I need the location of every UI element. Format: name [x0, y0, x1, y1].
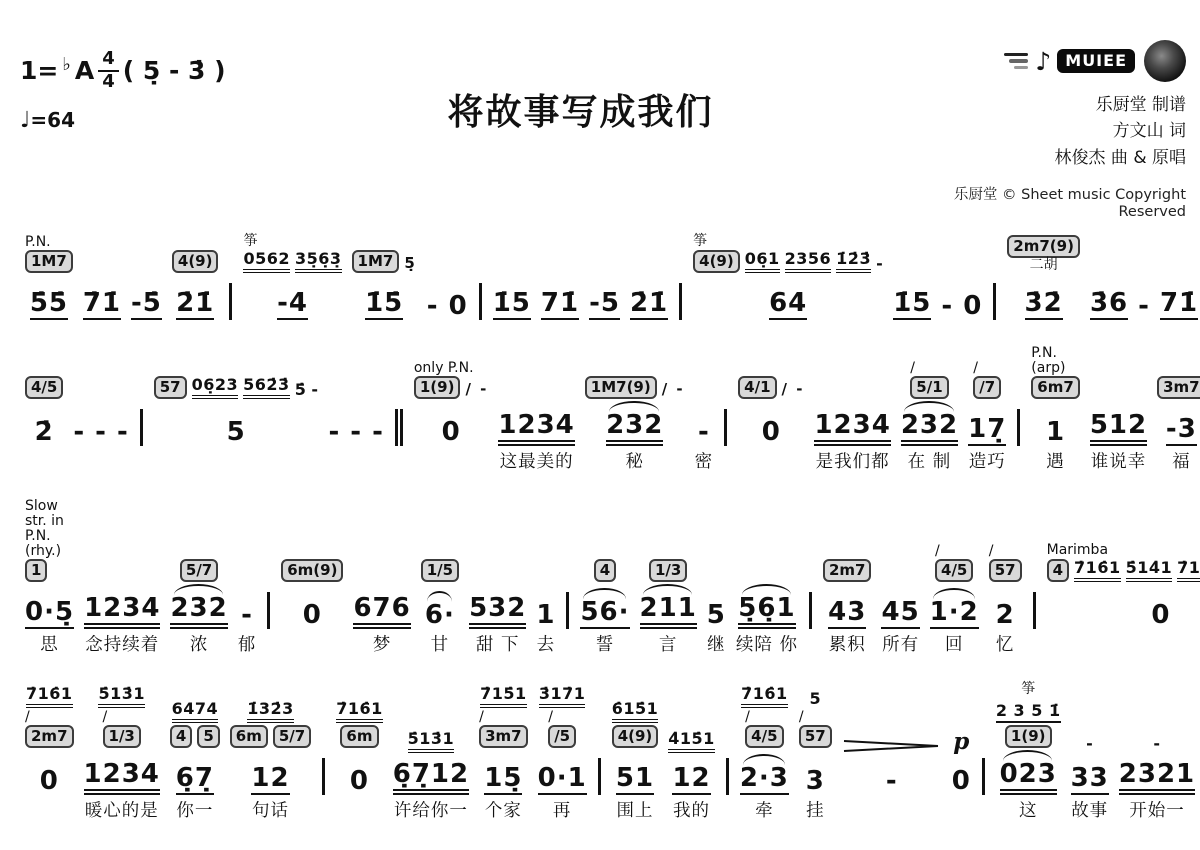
note-text: 6·	[425, 602, 455, 629]
note-token: -郁	[238, 589, 257, 656]
note-text: 232	[901, 412, 958, 446]
lyric-syllable: 誓	[596, 631, 615, 656]
section-label: Marimba	[1047, 543, 1108, 558]
grace-notes: 7̇16̇1	[1074, 558, 1121, 582]
note-token: -	[941, 280, 953, 320]
note-text: 0·5̣	[25, 599, 74, 629]
small-note-group: 3̇17̇1	[539, 684, 586, 708]
section-label: P.N.	[25, 235, 51, 250]
meter-denominator: 4	[102, 72, 115, 92]
small-notes: -	[1086, 727, 1093, 753]
lyric-syllable: 密	[695, 448, 714, 473]
note-token: 4(9)2̇1̇	[172, 250, 219, 320]
note-token: /4/51·2回	[930, 544, 979, 656]
small-note-group: 6̇15̇1	[612, 699, 659, 723]
note-token: Marimba47̇16̇15̇14̇17̇16̇15̇13̇10	[1047, 543, 1200, 656]
barline	[679, 283, 682, 320]
lyric-syllable: 造巧	[969, 448, 1006, 473]
lyric-syllable: 谁说幸	[1091, 448, 1147, 473]
small-notes: 2 3 5 1̇	[996, 697, 1061, 723]
note-token: -5	[589, 280, 620, 320]
small-note-group: 7̇15̇1	[480, 684, 527, 708]
measure: 1̇571̇-52̇1̇	[488, 280, 688, 320]
header: 1=♭A 4 4 ( 5̣ - 3̇ ) ♩=64 将故事写成我们 ♪ MUIE…	[20, 22, 1186, 220]
song-title: 将故事写成我们	[275, 84, 886, 135]
note-text: 7̇1̇	[83, 290, 121, 320]
grace-notes: 35̣6̣3̣	[295, 249, 342, 273]
note-token: 5706̣23562̇3̇5̇-5	[154, 375, 319, 473]
grace-notes: 06̣23	[192, 375, 239, 399]
key-signature: 1=♭A 4 4 ( 5̣ - 3̇ )	[20, 50, 275, 92]
chord-box: 3m7	[479, 725, 528, 748]
measure: 筝4(9)06̣123561̇2̇3̇-641̇5-0	[688, 234, 1002, 320]
small-notes: 7̇16̇1	[336, 697, 383, 723]
lyric-syllable: 所有	[882, 631, 919, 656]
note-text: 71̇	[541, 290, 579, 320]
sound-bars-icon	[1004, 53, 1028, 70]
chord-box: 4(9)	[172, 250, 219, 273]
note-text: 1̇5	[893, 290, 931, 320]
small-note-group: 4̇15̇1	[668, 729, 715, 753]
measure: 4/52̇---	[20, 376, 149, 473]
note-text: 0	[449, 293, 468, 320]
note-token: only P.N.1(9)/ -0	[414, 361, 489, 473]
note-text: -	[698, 419, 710, 446]
note-token: 1/3211言	[640, 559, 697, 656]
note-text: -	[328, 419, 340, 446]
small-notes: 1̇32̇3	[247, 697, 294, 723]
chord-box: 1M7	[25, 250, 73, 273]
note-text: 0	[952, 768, 971, 795]
small-notes: 7̇15̇1	[480, 682, 527, 708]
note-token: 71̇	[541, 280, 579, 320]
note-text: -	[941, 293, 953, 320]
note-text: 17̣	[968, 416, 1006, 446]
small-note-group: 1̇32̇3	[247, 699, 294, 723]
chord-box: 4(9)	[612, 725, 659, 748]
note-token: -	[350, 406, 362, 473]
barline	[993, 283, 996, 320]
measure: 2m7(9)二胡3̇2̇3̇6-71̇	[1002, 235, 1200, 320]
lyric-syllable: 暖心的是	[85, 797, 159, 822]
lyric-syllable: 故事	[1071, 797, 1108, 822]
chord-box: 57	[799, 725, 832, 748]
small-note-group: 5̇13̇1	[98, 684, 145, 708]
chord-box: 6m	[340, 725, 378, 748]
chord-post: 5̣	[404, 254, 416, 273]
note-token: 5̇13̇1/1/31234暖心的是	[84, 682, 160, 822]
note-text: 0	[303, 602, 322, 629]
note-token: 6m(9)0	[281, 559, 343, 656]
measure: 6m(9)0676梦1/56·甘532甜 下1去	[276, 559, 575, 656]
barline	[479, 283, 482, 320]
section-label: only P.N.	[414, 361, 474, 376]
chord-box: 4/5	[745, 725, 783, 748]
grace-notes: -	[311, 380, 318, 399]
measure: only P.N.1(9)/ -01234这最美的1M7(9)/ -232秘-密	[409, 361, 733, 473]
key-block: 1=♭A 4 4 ( 5̣ - 3̇ ) ♩=64	[20, 22, 275, 133]
note-token: 1234这最美的	[498, 406, 574, 473]
note-token: 6̇15̇14(9)51围上	[612, 697, 659, 822]
note-text: 2̇	[35, 419, 54, 446]
quarter-note-icon: ♩	[20, 108, 30, 133]
chord-post: / -	[662, 380, 685, 399]
note-token: 5继	[707, 589, 726, 656]
lyric-syllable: 甜 下	[476, 631, 520, 656]
key-letter: A	[75, 56, 94, 85]
pickup-notes: ( 5̣ - 3̇ )	[123, 56, 226, 85]
slash-mark: /	[910, 361, 915, 376]
slash-mark: /	[935, 544, 940, 559]
small-notes: 6̇15̇1	[612, 697, 659, 723]
small-note-group: 7̇16̇1	[26, 684, 73, 708]
lyric-syllable: 甘	[431, 631, 450, 656]
tempo-value: =64	[30, 108, 75, 132]
small-notes: 3̇17̇1	[539, 682, 586, 708]
note-token: 71̇	[1160, 280, 1198, 320]
slash-mark: /	[548, 710, 553, 725]
measure: 4/1/ -01234是我们都/5/1232在 制//717̣造巧	[733, 361, 1026, 473]
barline	[1017, 409, 1020, 473]
avatar	[1144, 40, 1186, 82]
note-token: -	[328, 406, 340, 473]
section-label: Slow str. in P.N.(rhy.)	[25, 499, 74, 559]
small-note-group: 5̇13̇1	[408, 729, 455, 753]
barline	[395, 409, 403, 473]
note-token: //717̣造巧	[968, 361, 1006, 473]
note-token: /5/1232在 制	[901, 361, 958, 473]
small-notes: 6474	[172, 697, 219, 723]
title-wrap: 将故事写成我们	[275, 22, 886, 135]
note-text: 5̇5̇	[30, 290, 68, 320]
note-text: 0	[1151, 602, 1170, 629]
note-token: P.N.(arp)6m71遇	[1031, 346, 1080, 473]
chord-box: 4(9)	[693, 250, 740, 273]
small-notes: p	[953, 727, 969, 753]
note-text: -	[350, 419, 362, 446]
chord-box: 6m7	[1031, 376, 1080, 399]
credits: 乐厨堂 制谱 方文山 词 林俊杰 曲 & 原唱	[886, 92, 1186, 171]
note-token: P.N.1M75̇5̇	[25, 235, 73, 320]
note-token: 512谁说幸	[1090, 406, 1147, 473]
note-token: 1̇5	[493, 280, 531, 320]
note-token: p0	[952, 727, 971, 822]
section-label: 筝	[693, 234, 707, 249]
note-text: 1234	[84, 595, 160, 629]
small-notes: 7̇16̇1	[26, 682, 73, 708]
chord-box: 5/7	[273, 725, 311, 748]
note-token: 筝056235̣6̣3̣-4	[243, 234, 341, 320]
small-notes: 5̇13̇1	[98, 682, 145, 708]
note-text: 12	[672, 765, 710, 795]
grace-notes: 1̇2̇3̇	[836, 249, 871, 273]
measure: P.N.1M75̇5̇7̇1̇-5̇4(9)2̇1̇	[20, 235, 238, 320]
flat-icon: ♭	[62, 54, 71, 75]
chord-box: 4	[1047, 559, 1069, 582]
note-token: 1234念持续着	[84, 589, 160, 656]
grace-notes: 7̇16̇1	[1177, 558, 1200, 582]
note-text: -3	[1166, 416, 1197, 446]
measure: 6̇15̇14(9)51围上4̇15̇112我的	[607, 697, 735, 822]
note-token: 5̇13̇16̣7̣12许给你一	[393, 727, 469, 822]
note-text: 3̇2̇	[1025, 290, 1063, 320]
time-signature: 4 4	[98, 50, 119, 92]
note-token: -5̇	[131, 280, 162, 320]
measure: Marimba47̇16̇15̇14̇17̇16̇15̇13̇106̣7̣12暖…	[1042, 543, 1200, 656]
score: P.N.1M75̇5̇7̇1̇-5̇4(9)2̇1̇筝056235̣6̣3̣-4…	[20, 234, 1186, 822]
music-note-icon: ♪	[1035, 47, 1051, 76]
chord-box: 57	[989, 559, 1022, 582]
note-text: 6̣7̣12	[393, 761, 469, 795]
section-label: 筝	[243, 234, 257, 249]
tempo: ♩=64	[20, 108, 275, 133]
note-text: 1	[536, 602, 555, 629]
note-text: 5̣6̣1	[738, 595, 795, 629]
note-text: 1234	[84, 761, 160, 795]
note-text: -5	[589, 290, 620, 320]
dynamic-p: p	[953, 730, 969, 753]
note-text: 1·2	[930, 599, 979, 629]
note-token: 0	[963, 280, 982, 320]
note-text: 0·1	[538, 765, 587, 795]
note-token: 7̇15̇1/3m715̣个家	[479, 682, 528, 822]
note-text: 6̣7̣	[176, 765, 214, 795]
note-text: -	[427, 293, 439, 320]
note-text: 43	[828, 599, 866, 629]
key-prefix: 1=	[20, 56, 58, 85]
lyric-syllable: 累积	[829, 631, 866, 656]
note-text: 3̇6	[1090, 290, 1128, 320]
note-token: 7̇16̇16m0	[336, 697, 383, 822]
note-token: 1234是我们都	[814, 406, 890, 473]
music-system-4: 7̇16̇1/2m705̇13̇1/1/31234暖心的是6474456̣7̣你…	[20, 682, 1186, 822]
chord-box: 6m	[230, 725, 268, 748]
note-token: -2321开始一	[1119, 727, 1195, 822]
note-text: 56·	[580, 599, 629, 629]
barline	[1033, 592, 1036, 656]
barline	[267, 592, 270, 656]
logo: ♪ MUIEE	[886, 40, 1186, 82]
note-text: -5̇	[131, 290, 162, 320]
chord-box: 4/5	[25, 376, 63, 399]
section-label: P.N.(arp)	[1031, 346, 1080, 376]
lyric-syllable: 继	[707, 631, 726, 656]
note-text: 1̇5̇	[365, 290, 403, 320]
measure: P.N.(arp)6m71遇512谁说幸3m7-3福512只是一	[1026, 346, 1200, 473]
note-token: 5̣6̣1续陪 你	[736, 589, 798, 656]
chord-box: 4/5	[935, 559, 973, 582]
small-note-group: -	[1153, 734, 1160, 753]
note-token: 2m7(9)二胡3̇2̇	[1007, 235, 1080, 320]
chord-box: 1(9)	[1005, 725, 1052, 748]
lyric-syllable: 许给你一	[394, 797, 468, 822]
slash-mark: /	[25, 710, 30, 725]
barline	[322, 758, 325, 822]
lyric-syllable: 再	[553, 797, 572, 822]
chord-box: 2m7	[25, 725, 74, 748]
note-token: 7̇16̇1/2m70	[25, 682, 74, 822]
small-note-group: 7̇16̇1	[336, 699, 383, 723]
small-note-group: 5	[809, 689, 821, 708]
note-token: 456·誓	[580, 559, 629, 656]
note-token: 6474456̣7̣你一	[170, 697, 220, 822]
slash-mark: /	[745, 710, 750, 725]
lyric-syllable: 思	[40, 631, 59, 656]
measure: 2m743累积45所有/4/51·2回/572忆	[818, 544, 1042, 656]
measure: 5706̣23562̇3̇5̇-5---	[149, 375, 409, 473]
note-text: 33	[1071, 765, 1109, 795]
music-system-3: Slow str. in P.N.(rhy.)10·5̣思1234念持续着5/7…	[20, 499, 1186, 656]
chord-box: 4	[170, 725, 192, 748]
note-text: 2321	[1119, 761, 1195, 795]
note-text: 512	[1090, 412, 1147, 446]
small-note-group: -	[1086, 734, 1093, 753]
note-text: 023	[1000, 761, 1057, 795]
note-token: 1̇5	[893, 280, 931, 320]
note-text: 71̇	[1160, 290, 1198, 320]
instrument-label: 筝	[1021, 682, 1035, 697]
meter-numerator: 4	[98, 50, 119, 72]
slash-mark: /	[799, 710, 804, 725]
credit-arranger: 乐厨堂 制谱	[886, 92, 1186, 118]
note-token: 2̇1̇	[630, 280, 668, 320]
lyric-syllable: 句话	[252, 797, 289, 822]
chord-box: 1(9)	[414, 376, 461, 399]
lyric-syllable: 我的	[673, 797, 710, 822]
decrescendo-hairpin-icon	[842, 739, 942, 753]
note-token: -33故事	[1071, 727, 1109, 822]
small-note-group: 2 3 5 1̇	[996, 701, 1061, 723]
chord-box: 1/3	[649, 559, 687, 582]
lyric-syllable: 遇	[1046, 448, 1065, 473]
lyric-syllable: 回	[945, 631, 964, 656]
instrument-label: 二胡	[1030, 258, 1058, 273]
note-token: 3̇17̇1//50·1再	[538, 682, 587, 822]
credits-block: ♪ MUIEE 乐厨堂 制谱 方文山 词 林俊杰 曲 & 原唱 乐厨堂 © Sh…	[886, 22, 1186, 220]
note-token: 3m7-3福	[1157, 376, 1200, 473]
measure: 筝056235̣6̣3̣-41M75̣1̇5̇-0	[238, 234, 487, 320]
note-text: 12	[251, 765, 289, 795]
barline	[566, 592, 569, 656]
note-token: 1̇32̇36m5/712句话	[230, 697, 311, 822]
lyric-syllable: 秘	[625, 448, 644, 473]
copyright: 乐厨堂 © Sheet music Copyright Reserved	[886, 183, 1186, 220]
slash-mark: /	[479, 710, 484, 725]
lyric-syllable: 这最美的	[500, 448, 574, 473]
note-token: 5/573挂	[799, 682, 832, 822]
note-text: 3	[806, 768, 825, 795]
chord-box: 1M7	[352, 250, 400, 273]
music-system-1: P.N.1M75̇5̇7̇1̇-5̇4(9)2̇1̇筝056235̣6̣3̣-4…	[20, 234, 1186, 320]
note-text: 5	[227, 419, 246, 446]
small-note-group: 6474	[172, 699, 219, 723]
note-token: -	[427, 280, 439, 320]
lyric-syllable: 围上	[616, 797, 653, 822]
note-text: 232	[606, 412, 663, 446]
measure: 7̇16̇1/4/52·3牵5/573挂-p0	[735, 682, 991, 822]
credit-composer: 林俊杰 曲 & 原唱	[886, 145, 1186, 171]
grace-notes: 06̣1	[745, 249, 780, 273]
note-token: 1M7(9)/ -232秘	[585, 376, 685, 473]
note-token: -	[95, 406, 107, 473]
lyric-syllable: 念持续着	[85, 631, 159, 656]
note-text: 532	[469, 595, 526, 629]
barline	[982, 758, 985, 822]
small-notes: 7̇16̇1	[741, 682, 788, 708]
lyric-syllable: 梦	[373, 631, 392, 656]
chord-box: 4	[594, 559, 616, 582]
chord-post: / -	[782, 380, 805, 399]
chord-box: 3m7	[1157, 376, 1200, 399]
barline	[726, 758, 729, 822]
measure: 筝2 3 5 1̇1(9)023这-33故事-2321开始一5̇23个人	[991, 682, 1200, 822]
grace-notes: 2356	[785, 249, 832, 273]
lyric-syllable: 你一	[176, 797, 213, 822]
lyric-syllable: 挂	[806, 797, 825, 822]
note-token: -	[73, 406, 85, 473]
chord-box: 1	[25, 559, 47, 582]
lyric-syllable: 言	[659, 631, 678, 656]
lyric-syllable: 浓	[190, 631, 209, 656]
note-text: 1	[1046, 419, 1065, 446]
chord-box: 4/1	[738, 376, 776, 399]
chord-box: 1/3	[103, 725, 141, 748]
note-token: 4/1/ -0	[738, 376, 804, 473]
note-text: 2̇1̇	[176, 290, 214, 320]
chord-box: 1M7(9)	[585, 376, 657, 399]
barline	[809, 592, 812, 656]
note-token: 7̇16̇1/4/52·3牵	[740, 682, 789, 822]
small-notes: 5̇13̇1	[408, 727, 455, 753]
barline	[724, 409, 727, 473]
note-token: 1去	[536, 589, 555, 656]
chord-post: / -	[465, 380, 488, 399]
barline	[229, 283, 232, 320]
note-token: -	[842, 727, 942, 822]
note-token: -	[372, 406, 384, 473]
note-text: 0	[40, 768, 59, 795]
small-note-group: 7̇16̇1	[741, 684, 788, 708]
note-token: Slow str. in P.N.(rhy.)10·5̣思	[25, 499, 74, 656]
note-token: -密	[695, 406, 714, 473]
chord-box: 5/1	[910, 376, 948, 399]
note-token: 7̇1̇	[83, 280, 121, 320]
note-text: -	[117, 419, 129, 446]
note-text: 2·3	[740, 765, 789, 795]
lyric-syllable: 福	[1172, 448, 1191, 473]
lyric-syllable: 个家	[485, 797, 522, 822]
note-text: 0	[963, 293, 982, 320]
note-token: 4/52̇	[25, 376, 63, 473]
lyric-syllable: 去	[537, 631, 556, 656]
note-text: 2	[996, 602, 1015, 629]
small-notes	[842, 727, 942, 753]
note-text: 5	[707, 602, 726, 629]
note-text: 2̇1̇	[630, 290, 668, 320]
grace-notes: 562̇3̇	[243, 375, 290, 399]
note-token: 45所有	[881, 589, 919, 656]
barline	[598, 758, 601, 822]
chord-box: 1/5	[421, 559, 459, 582]
sheet-music-page: 1=♭A 4 4 ( 5̣ - 3̇ ) ♩=64 将故事写成我们 ♪ MUIE…	[0, 0, 1200, 850]
note-text: 0	[442, 419, 461, 446]
lyric-syllable: 续陪 你	[736, 631, 798, 656]
small-notes: 4̇15̇1	[668, 727, 715, 753]
lyric-syllable: 开始一	[1129, 797, 1185, 822]
note-text: 1̇5	[493, 290, 531, 320]
note-text: 45	[881, 599, 919, 629]
small-notes: 5	[809, 682, 821, 708]
